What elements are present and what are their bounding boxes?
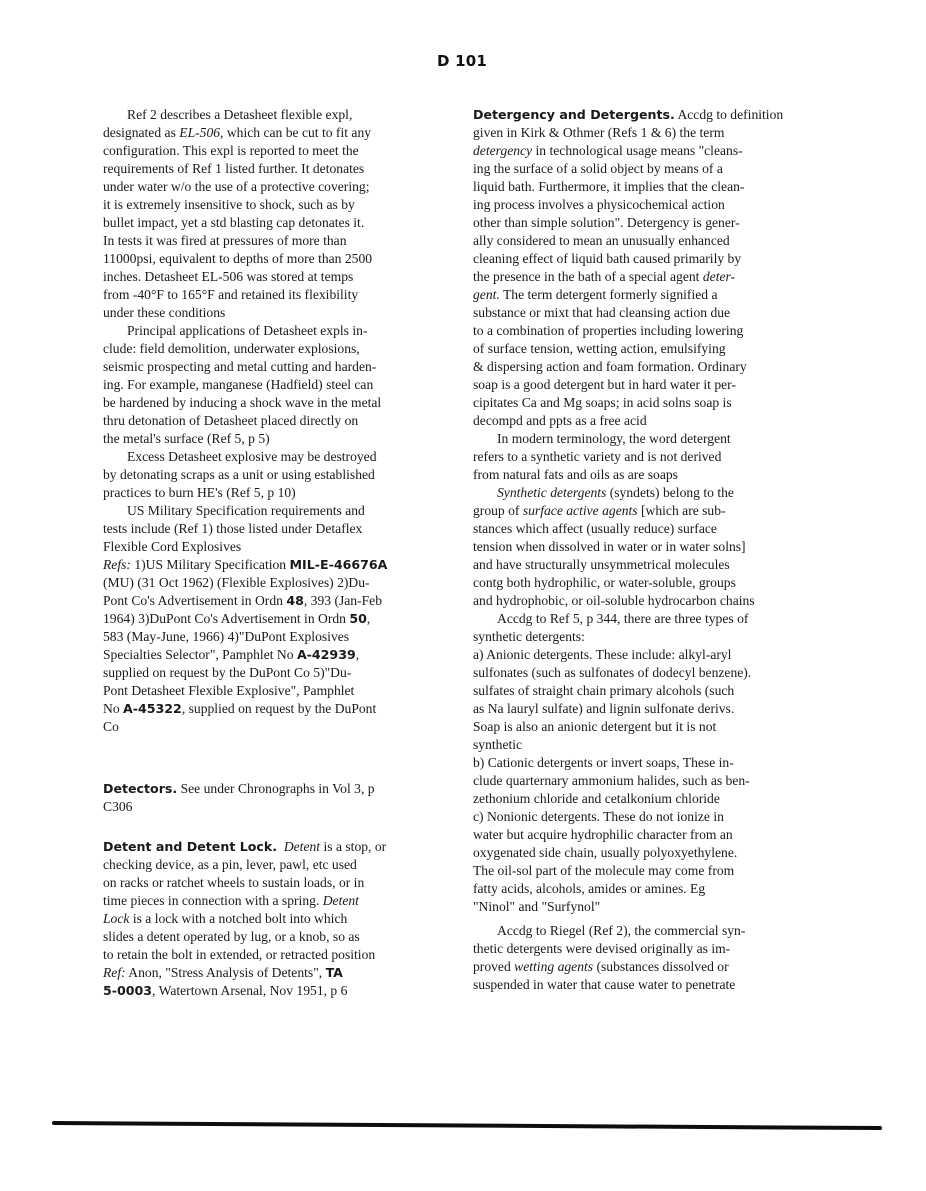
text-line: Detergency and Detergents. Accdg to defi…	[473, 106, 845, 124]
text-line: and have structurally unsymmetrical mole…	[473, 556, 845, 574]
text-line: ing process involves a physicochemical a…	[473, 196, 845, 214]
volume-number: 48	[286, 593, 304, 608]
text-span: , 393 (Jan-Feb	[304, 593, 382, 608]
text-line: cleaning effect of liquid bath caused pr…	[473, 250, 845, 268]
text-span: No	[103, 701, 123, 716]
text-line: configuration. This expl is reported to …	[103, 142, 475, 160]
text-span: ,	[356, 647, 359, 662]
text-line: gent. The term detergent formerly signif…	[473, 286, 845, 304]
text-line: Accdg to Riegel (Ref 2), the commercial …	[473, 922, 845, 940]
report-number: TA	[326, 965, 343, 980]
italic-term: Detent	[323, 893, 359, 908]
text-line: designated as EL-506, which can be cut t…	[103, 124, 475, 142]
text-line: tension when dissolved in water or in wa…	[473, 538, 845, 556]
italic-term: wetting agents	[514, 959, 593, 974]
text-line: detergency in technological usage means …	[473, 142, 845, 160]
italic-term: Synthetic detergents	[497, 485, 606, 500]
text-span: ,	[367, 611, 370, 626]
text-line: cipitates Ca and Mg soaps; in acid solns…	[473, 394, 845, 412]
detasheet-paragraph-4: US Military Specification requirements a…	[103, 502, 475, 556]
italic-term: deter-	[703, 269, 735, 284]
right-column: Detergency and Detergents. Accdg to defi…	[473, 106, 845, 994]
text-line: other than simple solution". Detergency …	[473, 214, 845, 232]
page-number-header: D 101	[437, 52, 487, 70]
text-line: to retain the bolt in extended, or retra…	[103, 946, 475, 964]
text-line: the presence in the bath of a special ag…	[473, 268, 845, 286]
text-line: the metal's surface (Ref 5, p 5)	[103, 430, 475, 448]
text-span: proved	[473, 959, 514, 974]
detent-entry: Detent and Detent Lock. Detent is a stop…	[103, 838, 475, 1000]
text-line: Pont Detasheet Flexible Explosive", Pamp…	[103, 682, 475, 700]
bottom-rule-divider	[52, 1121, 882, 1130]
text-line: synthetic detergents:	[473, 628, 845, 646]
text-line: soap is a good detergent but in hard wat…	[473, 376, 845, 394]
detasheet-paragraph-1: Ref 2 describes a Detasheet flexible exp…	[103, 106, 475, 322]
text-span: designated as	[103, 125, 179, 140]
text-line: Detectors. See under Chronographs in Vol…	[103, 780, 475, 798]
text-line: Synthetic detergents (syndets) belong to…	[473, 484, 845, 502]
synthetic-detergents-paragraph: Synthetic detergents (syndets) belong to…	[473, 484, 845, 610]
text-line: on racks or ratchet wheels to sustain lo…	[103, 874, 475, 892]
entry-title: Detent and Detent Lock.	[103, 839, 277, 854]
text-span: (syndets) belong to the	[606, 485, 734, 500]
text-line: water but acquire hydrophilic character …	[473, 826, 845, 844]
text-span: 1964) 3)DuPont Co's Advertisement in Ord…	[103, 611, 349, 626]
report-number: 5-0003	[103, 983, 152, 998]
italic-term: detergency	[473, 143, 532, 158]
text-span: , which can be cut to fit any	[220, 125, 371, 140]
text-line: oxygenated side chain, usually polyoxyet…	[473, 844, 845, 862]
modern-terminology-paragraph: In modern terminology, the word detergen…	[473, 430, 845, 484]
text-line: ally considered to mean an unusually enh…	[473, 232, 845, 250]
text-line: US Military Specification requirements a…	[103, 502, 475, 520]
detasheet-paragraph-2: Principal applications of Detasheet expl…	[103, 322, 475, 448]
text-line: thetic detergents were devised originall…	[473, 940, 845, 958]
text-span: Accdg to definition	[675, 107, 783, 122]
italic-term: Lock	[103, 911, 129, 926]
text-span: group of	[473, 503, 523, 518]
text-line: tests include (Ref 1) those listed under…	[103, 520, 475, 538]
text-line: from -40°F to 165°F and retained its fle…	[103, 286, 475, 304]
text-span: the presence in the bath of a special ag…	[473, 269, 703, 284]
italic-term: Detent	[284, 839, 320, 854]
volume-number: 50	[349, 611, 367, 626]
text-line: 11000psi, equivalent to depths of more t…	[103, 250, 475, 268]
section-spacer	[103, 736, 475, 780]
text-line: to a combination of properties including…	[473, 322, 845, 340]
text-span: [which are sub-	[638, 503, 726, 518]
text-line: bullet impact, yet a std blasting cap de…	[103, 214, 475, 232]
text-line: be hardened by inducing a shock wave in …	[103, 394, 475, 412]
text-span: The term detergent formerly signified a	[500, 287, 718, 302]
detasheet-references: Refs: 1)US Military Specification MIL-E-…	[103, 556, 475, 736]
text-line: inches. Detasheet EL-506 was stored at t…	[103, 268, 475, 286]
text-line: Refs: 1)US Military Specification MIL-E-…	[103, 556, 475, 574]
text-line: Soap is also an anionic detergent but it…	[473, 718, 845, 736]
text-line: Co	[103, 718, 475, 736]
text-line: Ref 2 describes a Detasheet flexible exp…	[103, 106, 475, 124]
text-span: is a stop, or	[320, 839, 386, 854]
list-item-cationic: b) Cationic detergents or invert soaps, …	[473, 754, 845, 772]
text-span: , supplied on request by the DuPont	[182, 701, 376, 716]
text-line: synthetic	[473, 736, 845, 754]
text-line: substance or mixt that had cleansing act…	[473, 304, 845, 322]
text-line: Excess Detasheet explosive may be destro…	[103, 448, 475, 466]
section-spacer	[103, 816, 475, 838]
designation-italic: EL-506	[179, 125, 220, 140]
text-line: time pieces in connection with a spring.…	[103, 892, 475, 910]
text-line: under water w/o the use of a protective …	[103, 178, 475, 196]
text-line: Flexible Cord Explosives	[103, 538, 475, 556]
text-line: slides a detent operated by lug, or a kn…	[103, 928, 475, 946]
text-line: thru detonation of Detasheet placed dire…	[103, 412, 475, 430]
text-line: C306	[103, 798, 475, 816]
ref-label: Ref:	[103, 965, 126, 980]
text-line: contg both hydrophilic, or water-soluble…	[473, 574, 845, 592]
text-line: by detonating scraps as a unit or using …	[103, 466, 475, 484]
text-span: is a lock with a notched bolt into which	[129, 911, 347, 926]
text-line: ing. For example, manganese (Hadfield) s…	[103, 376, 475, 394]
text-line: given in Kirk & Othmer (Refs 1 & 6) the …	[473, 124, 845, 142]
text-span: Specialties Selector", Pamphlet No	[103, 647, 297, 662]
pamphlet-number: A-42939	[297, 647, 356, 662]
text-span: in technological usage means "cleans-	[532, 143, 743, 158]
text-line: Ref: Anon, "Stress Analysis of Detents",…	[103, 964, 475, 982]
text-line: practices to burn HE's (Ref 5, p 10)	[103, 484, 475, 502]
text-line: 5-0003, Watertown Arsenal, Nov 1951, p 6	[103, 982, 475, 1000]
text-line: of surface tension, wetting action, emul…	[473, 340, 845, 358]
text-line: under these conditions	[103, 304, 475, 322]
text-line: it is extremely insensitive to shock, su…	[103, 196, 475, 214]
text-line: In tests it was fired at pressures of mo…	[103, 232, 475, 250]
detectors-entry: Detectors. See under Chronographs in Vol…	[103, 780, 475, 816]
text-line: as Na lauryl sulfate) and lignin sulfona…	[473, 700, 845, 718]
detergent-types-paragraph: Accdg to Ref 5, p 344, there are three t…	[473, 610, 845, 916]
text-line: No A-45322, supplied on request by the D…	[103, 700, 475, 718]
text-span: Anon, "Stress Analysis of Detents",	[126, 965, 326, 980]
text-line: refers to a synthetic variety and is not…	[473, 448, 845, 466]
refs-label: Refs:	[103, 557, 131, 572]
text-line: 583 (May-June, 1966) 4)"DuPont Explosive…	[103, 628, 475, 646]
italic-term: gent.	[473, 287, 500, 302]
text-line: requirements of Ref 1 listed further. It…	[103, 160, 475, 178]
text-span: (substances dissolved or	[593, 959, 729, 974]
list-item-nonionic: c) Nonionic detergents. These do not ion…	[473, 808, 845, 826]
text-line: seismic prospecting and metal cutting an…	[103, 358, 475, 376]
text-line: stances which affect (usually reduce) su…	[473, 520, 845, 538]
text-line: Lock is a lock with a notched bolt into …	[103, 910, 475, 928]
text-line: supplied on request by the DuPont Co 5)"…	[103, 664, 475, 682]
text-line: decompd and ppts as a free acid	[473, 412, 845, 430]
text-line: ing the surface of a solid object by mea…	[473, 160, 845, 178]
text-line: 1964) 3)DuPont Co's Advertisement in Ord…	[103, 610, 475, 628]
text-line: and hydrophobic, or oil-soluble hydrocar…	[473, 592, 845, 610]
pamphlet-number: A-45322	[123, 701, 182, 716]
text-line: clude quarternary ammonium halides, such…	[473, 772, 845, 790]
riegel-paragraph: Accdg to Riegel (Ref 2), the commercial …	[473, 922, 845, 994]
text-line: The oil-sol part of the molecule may com…	[473, 862, 845, 880]
text-line: In modern terminology, the word detergen…	[473, 430, 845, 448]
text-line: Detent and Detent Lock. Detent is a stop…	[103, 838, 475, 856]
text-line: sulfates of straight chain primary alcoh…	[473, 682, 845, 700]
list-item-anionic: a) Anionic detergents. These include: al…	[473, 646, 845, 664]
text-line: suspended in water that cause water to p…	[473, 976, 845, 994]
detasheet-paragraph-3: Excess Detasheet explosive may be destro…	[103, 448, 475, 502]
text-line: Principal applications of Detasheet expl…	[103, 322, 475, 340]
entry-title: Detectors.	[103, 781, 177, 796]
spec-number: MIL-E-46676A	[290, 557, 388, 572]
text-span: 1)US Military Specification	[131, 557, 290, 572]
text-line: Specialties Selector", Pamphlet No A-429…	[103, 646, 475, 664]
text-span: time pieces in connection with a spring.	[103, 893, 323, 908]
text-line: (MU) (31 Oct 1962) (Flexible Explosives)…	[103, 574, 475, 592]
text-line: from natural fats and oils as are soaps	[473, 466, 845, 484]
text-line: clude: field demolition, underwater expl…	[103, 340, 475, 358]
text-span	[277, 839, 284, 854]
text-line: proved wetting agents (substances dissol…	[473, 958, 845, 976]
text-span: See under Chronographs in Vol 3, p	[177, 781, 374, 796]
left-column: Ref 2 describes a Detasheet flexible exp…	[103, 106, 475, 1000]
italic-term: surface active agents	[523, 503, 638, 518]
text-line: fatty acids, alcohols, amides or amines.…	[473, 880, 845, 898]
text-line: sulfonates (such as sulfonates of dodecy…	[473, 664, 845, 682]
text-line: checking device, as a pin, lever, pawl, …	[103, 856, 475, 874]
text-line: "Ninol" and "Surfynol"	[473, 898, 845, 916]
text-line: group of surface active agents [which ar…	[473, 502, 845, 520]
text-line: zethonium chloride and cetalkonium chlor…	[473, 790, 845, 808]
text-span: Pont Co's Advertisement in Ordn	[103, 593, 286, 608]
text-line: Pont Co's Advertisement in Ordn 48, 393 …	[103, 592, 475, 610]
text-line: Accdg to Ref 5, p 344, there are three t…	[473, 610, 845, 628]
text-line: & dispersing action and foam formation. …	[473, 358, 845, 376]
entry-title: Detergency and Detergents.	[473, 107, 675, 122]
text-span: , Watertown Arsenal, Nov 1951, p 6	[152, 983, 347, 998]
detergency-entry: Detergency and Detergents. Accdg to defi…	[473, 106, 845, 430]
text-line: liquid bath. Furthermore, it implies tha…	[473, 178, 845, 196]
